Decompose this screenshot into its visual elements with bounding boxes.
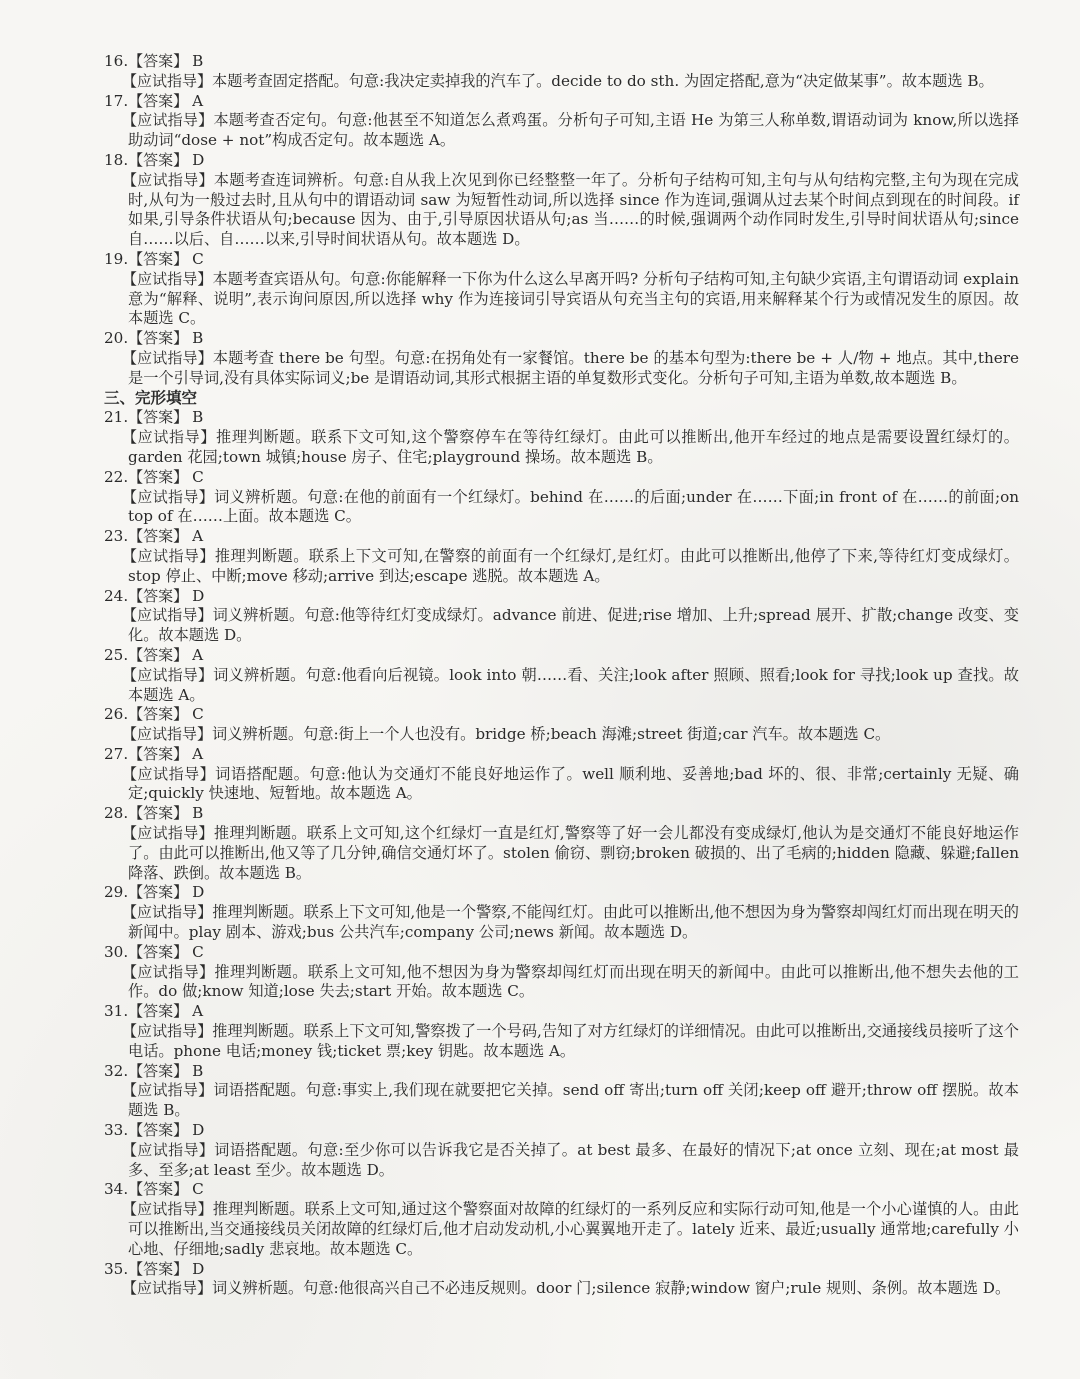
answer-line: 30.【答案】C xyxy=(104,943,1019,963)
guide-text: 推理判断题。联系上下文可知,在警察的前面有一个红绿灯,是红灯。由此可以推断出,他… xyxy=(128,547,1019,585)
scanned-page: 16.【答案】B【应试指导】本题考查固定搭配。句意:我决定卖掉我的汽车了。dec… xyxy=(0,0,1080,1379)
guide-text: 本题考查连词辨析。句意:自从我上次见到你已经整整一年了。分析句子结构可知,主句与… xyxy=(128,171,1019,248)
answer-label: 【答案】 xyxy=(128,1002,188,1020)
guide-label: 【应试指导】 xyxy=(122,547,215,565)
answer-line: 33.【答案】D xyxy=(104,1121,1019,1141)
answer-value: B xyxy=(192,408,203,426)
answer-item: 27.【答案】A【应试指导】词语搭配题。句意:他认为交通灯不能良好地运作了。we… xyxy=(104,745,1019,804)
guide-label: 【应试指导】 xyxy=(122,765,215,783)
answer-value: D xyxy=(192,151,204,169)
answer-line: 23.【答案】A xyxy=(104,527,1019,547)
answer-line: 16.【答案】B xyxy=(104,52,1019,72)
answer-item: 18.【答案】D【应试指导】本题考查连词辨析。句意:自从我上次见到你已经整整一年… xyxy=(104,151,1019,250)
answer-label: 【答案】 xyxy=(128,151,188,169)
guide-paragraph: 【应试指导】词语搭配题。句意:事实上,我们现在就要把它关掉。send off 寄… xyxy=(104,1081,1019,1121)
guide-text: 推理判断题。联系上下文可知,他是一个警察,不能闯红灯。由此可以推断出,他不想因为… xyxy=(128,903,1019,941)
question-number: 32. xyxy=(104,1062,128,1082)
answer-item: 23.【答案】A【应试指导】推理判断题。联系上下文可知,在警察的前面有一个红绿灯… xyxy=(104,527,1019,586)
question-number: 26. xyxy=(104,705,128,725)
question-number: 23. xyxy=(104,527,128,547)
answer-value: C xyxy=(192,705,204,723)
guide-text: 词语搭配题。句意:至少你可以告诉我它是否关掉了。at best 最多、在最好的情… xyxy=(128,1141,1019,1179)
guide-text: 推理判断题。联系上文可知,他不想因为身为警察却闯红灯而出现在明天的新闻中。由此可… xyxy=(128,963,1019,1001)
answer-value: A xyxy=(192,745,203,763)
answer-item: 25.【答案】A【应试指导】词义辨析题。句意:他看向后视镜。look into … xyxy=(104,646,1019,705)
answer-line: 34.【答案】C xyxy=(104,1180,1019,1200)
guide-text: 词义辨析题。句意:他很高兴自己不必违反规则。door 门;silence 寂静;… xyxy=(212,1279,1010,1297)
question-number: 24. xyxy=(104,587,128,607)
guide-label: 【应试指导】 xyxy=(122,270,213,288)
guide-label: 【应试指导】 xyxy=(122,428,216,446)
answer-line: 35.【答案】D xyxy=(104,1260,1019,1280)
question-number: 21. xyxy=(104,408,128,428)
guide-paragraph: 【应试指导】推理判断题。联系上下文可知,在警察的前面有一个红绿灯,是红灯。由此可… xyxy=(104,547,1019,587)
answer-value: D xyxy=(192,1260,204,1278)
guide-text: 推理判断题。联系下文可知,这个警察停车在等待红绿灯。由此可以推断出,他开车经过的… xyxy=(128,428,1019,466)
question-number: 22. xyxy=(104,468,128,488)
guide-text: 词义辨析题。句意:在他的前面有一个红绿灯。behind 在……的后面;under… xyxy=(128,488,1019,526)
question-number: 19. xyxy=(104,250,128,270)
answer-label: 【答案】 xyxy=(128,468,188,486)
answer-value: C xyxy=(192,468,204,486)
answer-line: 28.【答案】B xyxy=(104,804,1019,824)
guide-label: 【应试指导】 xyxy=(122,606,213,624)
question-number: 17. xyxy=(104,92,128,112)
answer-value: B xyxy=(192,1062,203,1080)
guide-label: 【应试指导】 xyxy=(122,824,214,842)
question-number: 34. xyxy=(104,1180,128,1200)
guide-paragraph: 【应试指导】本题考查 there be 句型。句意:在拐角处有一家餐馆。ther… xyxy=(104,349,1019,389)
guide-paragraph: 【应试指导】词义辨析题。句意:他很高兴自己不必违反规则。door 门;silen… xyxy=(104,1279,1019,1299)
guide-text: 词义辨析题。句意:他看向后视镜。look into 朝……看、关注;look a… xyxy=(128,666,1019,704)
question-number: 30. xyxy=(104,943,128,963)
guide-paragraph: 【应试指导】推理判断题。联系下文可知,这个警察停车在等待红绿灯。由此可以推断出,… xyxy=(104,428,1019,468)
guide-paragraph: 【应试指导】推理判断题。联系上下文可知,他是一个警察,不能闯红灯。由此可以推断出… xyxy=(104,903,1019,943)
guide-paragraph: 【应试指导】本题考查固定搭配。句意:我决定卖掉我的汽车了。decide to d… xyxy=(104,72,1019,92)
guide-text: 本题考查固定搭配。句意:我决定卖掉我的汽车了。decide to do sth.… xyxy=(212,72,994,90)
answer-line: 21.【答案】B xyxy=(104,408,1019,428)
guide-paragraph: 【应试指导】词语搭配题。句意:至少你可以告诉我它是否关掉了。at best 最多… xyxy=(104,1141,1019,1181)
answer-line: 31.【答案】A xyxy=(104,1002,1019,1022)
answer-label: 【答案】 xyxy=(128,408,188,426)
guide-text: 本题考查宾语从句。句意:你能解释一下你为什么这么早离开吗? 分析句子结构可知,主… xyxy=(128,270,1019,328)
guide-label: 【应试指导】 xyxy=(122,1279,212,1297)
answer-label: 【答案】 xyxy=(128,329,188,347)
guide-paragraph: 【应试指导】词义辨析题。句意:在他的前面有一个红绿灯。behind 在……的后面… xyxy=(104,488,1019,528)
answer-item: 34.【答案】C【应试指导】推理判断题。联系上文可知,通过这个警察面对故障的红绿… xyxy=(104,1180,1019,1259)
guide-paragraph: 【应试指导】推理判断题。联系上文可知,他不想因为身为警察却闯红灯而出现在明天的新… xyxy=(104,963,1019,1003)
answer-label: 【答案】 xyxy=(128,1062,188,1080)
guide-text: 词语搭配题。句意:他认为交通灯不能良好地运作了。well 顺利地、妥善地;bad… xyxy=(128,765,1019,803)
guide-paragraph: 【应试指导】词义辨析题。句意:他看向后视镜。look into 朝……看、关注;… xyxy=(104,666,1019,706)
guide-paragraph: 【应试指导】推理判断题。联系上文可知,通过这个警察面对故障的红绿灯的一系列反应和… xyxy=(104,1200,1019,1259)
answer-label: 【答案】 xyxy=(128,883,188,901)
answer-value: B xyxy=(192,804,203,822)
question-number: 27. xyxy=(104,745,128,765)
answer-item: 22.【答案】C【应试指导】词义辨析题。句意:在他的前面有一个红绿灯。behin… xyxy=(104,468,1019,527)
answer-line: 24.【答案】D xyxy=(104,587,1019,607)
answer-label: 【答案】 xyxy=(128,92,188,110)
guide-label: 【应试指导】 xyxy=(122,903,212,921)
answer-line: 32.【答案】B xyxy=(104,1062,1019,1082)
answer-line: 22.【答案】C xyxy=(104,468,1019,488)
guide-text: 词语搭配题。句意:事实上,我们现在就要把它关掉。send off 寄出;turn… xyxy=(128,1081,1019,1119)
answer-line: 29.【答案】D xyxy=(104,883,1019,903)
answer-value: D xyxy=(192,587,204,605)
guide-paragraph: 【应试指导】推理判断题。联系上文可知,这个红绿灯一直是红灯,警察等了好一会儿都没… xyxy=(104,824,1019,883)
answer-item: 17.【答案】A【应试指导】本题考查否定句。句意:他甚至不知道怎么煮鸡蛋。分析句… xyxy=(104,92,1019,151)
guide-text: 本题考查否定句。句意:他甚至不知道怎么煮鸡蛋。分析句子可知,主语 He 为第三人… xyxy=(128,111,1019,149)
guide-text: 推理判断题。联系上下文可知,警察拨了一个号码,告知了对方红绿灯的详细情况。由此可… xyxy=(128,1022,1019,1060)
answer-value: C xyxy=(192,250,204,268)
answer-line: 19.【答案】C xyxy=(104,250,1019,270)
answer-item: 20.【答案】B【应试指导】本题考查 there be 句型。句意:在拐角处有一… xyxy=(104,329,1019,388)
answer-item: 28.【答案】B【应试指导】推理判断题。联系上文可知,这个红绿灯一直是红灯,警察… xyxy=(104,804,1019,883)
question-number: 29. xyxy=(104,883,128,903)
answer-value: C xyxy=(192,943,204,961)
answer-label: 【答案】 xyxy=(128,804,188,822)
answer-label: 【答案】 xyxy=(128,745,188,763)
answer-line: 26.【答案】C xyxy=(104,705,1019,725)
answer-label: 【答案】 xyxy=(128,943,188,961)
guide-paragraph: 【应试指导】推理判断题。联系上下文可知,警察拨了一个号码,告知了对方红绿灯的详细… xyxy=(104,1022,1019,1062)
answer-label: 【答案】 xyxy=(128,52,188,70)
answer-item: 30.【答案】C【应试指导】推理判断题。联系上文可知,他不想因为身为警察却闯红灯… xyxy=(104,943,1019,1002)
guide-label: 【应试指导】 xyxy=(122,1081,213,1099)
guide-label: 【应试指导】 xyxy=(122,111,213,129)
answer-label: 【答案】 xyxy=(128,250,188,268)
answer-item: 21.【答案】B【应试指导】推理判断题。联系下文可知,这个警察停车在等待红绿灯。… xyxy=(104,408,1019,467)
answer-value: D xyxy=(192,1121,204,1139)
answer-label: 【答案】 xyxy=(128,646,188,664)
guide-paragraph: 【应试指导】词义辨析题。句意:他等待红灯变成绿灯。advance 前进、促进;r… xyxy=(104,606,1019,646)
question-number: 20. xyxy=(104,329,128,349)
guide-text: 推理判断题。联系上文可知,通过这个警察面对故障的红绿灯的一系列反应和实际行动可知… xyxy=(128,1200,1019,1258)
guide-text: 推理判断题。联系上文可知,这个红绿灯一直是红灯,警察等了好一会儿都没有变成绿灯,… xyxy=(128,824,1019,882)
answer-item: 31.【答案】A【应试指导】推理判断题。联系上下文可知,警察拨了一个号码,告知了… xyxy=(104,1002,1019,1061)
answer-label: 【答案】 xyxy=(128,705,188,723)
answer-line: 18.【答案】D xyxy=(104,151,1019,171)
guide-label: 【应试指导】 xyxy=(122,1141,214,1159)
answer-label: 【答案】 xyxy=(128,587,188,605)
answer-value: B xyxy=(192,52,203,70)
guide-label: 【应试指导】 xyxy=(122,1200,213,1218)
answer-item: 29.【答案】D【应试指导】推理判断题。联系上下文可知,他是一个警察,不能闯红灯… xyxy=(104,883,1019,942)
answer-line: 17.【答案】A xyxy=(104,92,1019,112)
question-number: 16. xyxy=(104,52,128,72)
answer-label: 【答案】 xyxy=(128,1260,188,1278)
guide-text: 词义辨析题。句意:街上一个人也没有。bridge 桥;beach 海滩;stre… xyxy=(212,725,890,743)
answer-value: C xyxy=(192,1180,204,1198)
guide-paragraph: 【应试指导】本题考查连词辨析。句意:自从我上次见到你已经整整一年了。分析句子结构… xyxy=(104,171,1019,250)
section-title-cloze: 三、完形填空 xyxy=(104,389,1019,409)
answer-value: A xyxy=(192,527,203,545)
question-number: 18. xyxy=(104,151,128,171)
question-number: 25. xyxy=(104,646,128,666)
guide-paragraph: 【应试指导】词义辨析题。句意:街上一个人也没有。bridge 桥;beach 海… xyxy=(104,725,1019,745)
answer-line: 25.【答案】A xyxy=(104,646,1019,666)
answer-label: 【答案】 xyxy=(128,1121,188,1139)
answer-label: 【答案】 xyxy=(128,1180,188,1198)
guide-text: 本题考查 there be 句型。句意:在拐角处有一家餐馆。there be 的… xyxy=(128,349,1019,387)
answer-item: 24.【答案】D【应试指导】词义辨析题。句意:他等待红灯变成绿灯。advance… xyxy=(104,587,1019,646)
guide-label: 【应试指导】 xyxy=(122,963,214,981)
answer-value: A xyxy=(192,1002,203,1020)
answer-value: A xyxy=(192,646,203,664)
question-number: 31. xyxy=(104,1002,128,1022)
answer-label: 【答案】 xyxy=(128,527,188,545)
guide-label: 【应试指导】 xyxy=(122,725,212,743)
answer-line: 20.【答案】B xyxy=(104,329,1019,349)
guide-label: 【应试指导】 xyxy=(122,488,214,506)
answer-line: 27.【答案】A xyxy=(104,745,1019,765)
answer-value: D xyxy=(192,883,204,901)
guide-label: 【应试指导】 xyxy=(122,349,213,367)
guide-label: 【应试指导】 xyxy=(122,666,213,684)
guide-paragraph: 【应试指导】本题考查宾语从句。句意:你能解释一下你为什么这么早离开吗? 分析句子… xyxy=(104,270,1019,329)
guide-text: 词义辨析题。句意:他等待红灯变成绿灯。advance 前进、促进;rise 增加… xyxy=(128,606,1019,644)
guide-label: 【应试指导】 xyxy=(122,1022,212,1040)
answer-value: A xyxy=(192,92,203,110)
answer-item: 19.【答案】C【应试指导】本题考查宾语从句。句意:你能解释一下你为什么这么早离… xyxy=(104,250,1019,329)
answer-explanations: 16.【答案】B【应试指导】本题考查固定搭配。句意:我决定卖掉我的汽车了。dec… xyxy=(104,52,1019,1299)
answer-item: 35.【答案】D【应试指导】词义辨析题。句意:他很高兴自己不必违反规则。door… xyxy=(104,1260,1019,1300)
guide-paragraph: 【应试指导】词语搭配题。句意:他认为交通灯不能良好地运作了。well 顺利地、妥… xyxy=(104,765,1019,805)
answer-value: B xyxy=(192,329,203,347)
guide-paragraph: 【应试指导】本题考查否定句。句意:他甚至不知道怎么煮鸡蛋。分析句子可知,主语 H… xyxy=(104,111,1019,151)
answer-item: 16.【答案】B【应试指导】本题考查固定搭配。句意:我决定卖掉我的汽车了。dec… xyxy=(104,52,1019,92)
guide-label: 【应试指导】 xyxy=(122,171,214,189)
answer-item: 33.【答案】D【应试指导】词语搭配题。句意:至少你可以告诉我它是否关掉了。at… xyxy=(104,1121,1019,1180)
answer-item: 32.【答案】B【应试指导】词语搭配题。句意:事实上,我们现在就要把它关掉。se… xyxy=(104,1062,1019,1121)
answer-item: 26.【答案】C【应试指导】词义辨析题。句意:街上一个人也没有。bridge 桥… xyxy=(104,705,1019,745)
guide-label: 【应试指导】 xyxy=(122,72,212,90)
question-number: 33. xyxy=(104,1121,128,1141)
question-number: 28. xyxy=(104,804,128,824)
question-number: 35. xyxy=(104,1260,128,1280)
